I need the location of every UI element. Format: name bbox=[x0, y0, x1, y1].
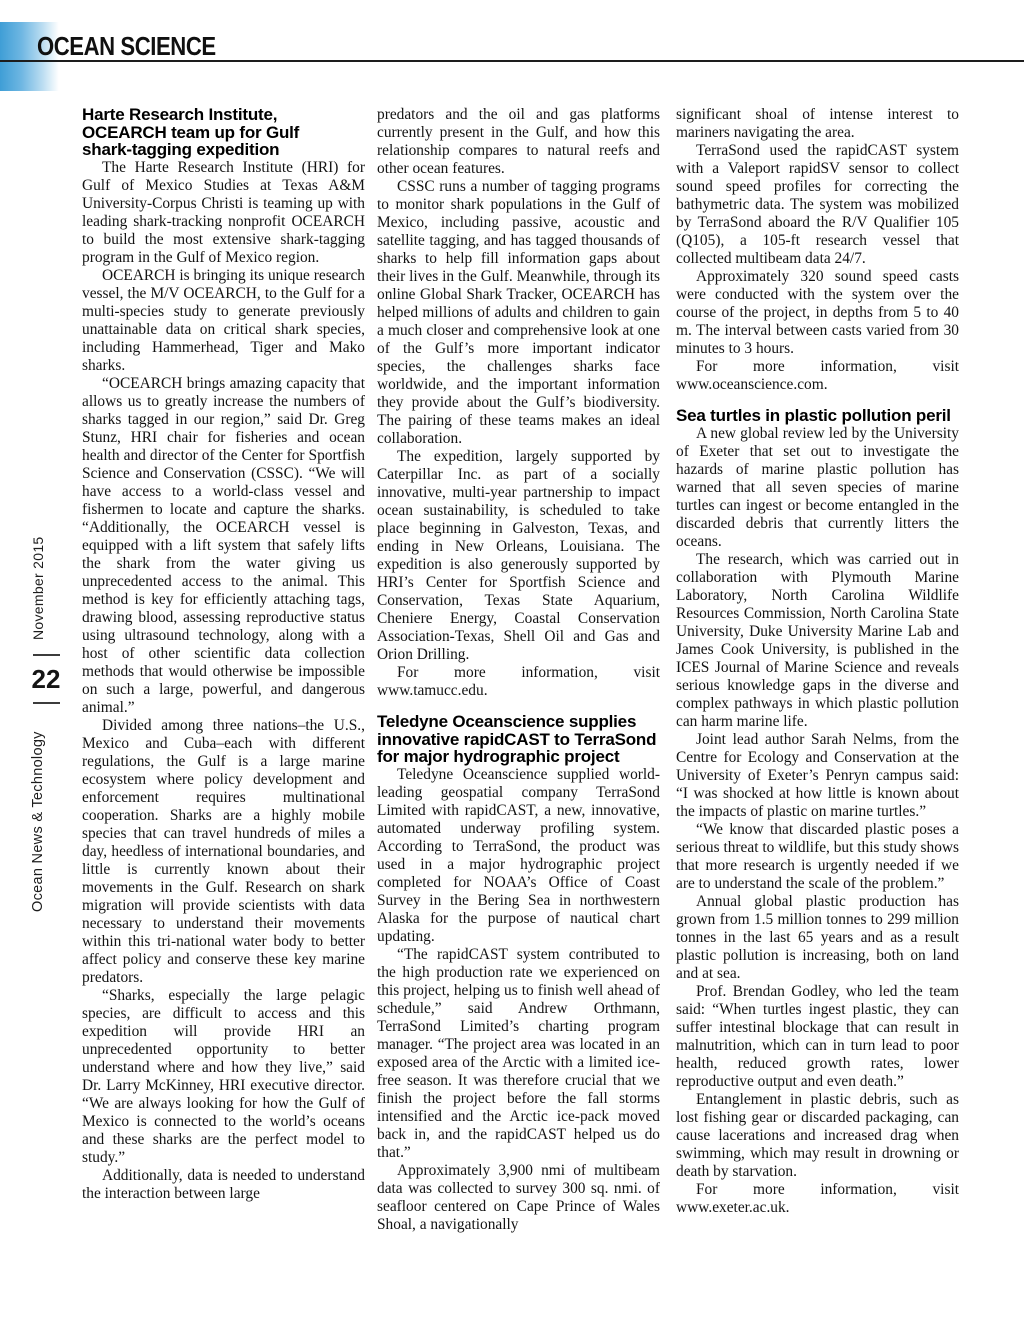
text-column-1: Harte Research Institute, OCEARCH team u… bbox=[82, 106, 365, 1286]
sidebar-divider-bottom bbox=[33, 702, 60, 704]
article-paragraph: Divided among three nations–the U.S., Me… bbox=[82, 717, 365, 987]
article-paragraph: The research, which was carried out in c… bbox=[676, 551, 959, 731]
text-column-2: predators and the oil and gas platforms … bbox=[377, 106, 660, 1286]
article-paragraph: Joint lead author Sarah Nelms, from the … bbox=[676, 731, 959, 821]
heading-line: Teledyne Oceanscience supplies bbox=[377, 713, 660, 731]
heading-line: shark-tagging expedition bbox=[82, 141, 365, 159]
heading-line: Harte Research Institute, bbox=[82, 106, 365, 124]
article-paragraph: The Harte Research Institute (HRI) for G… bbox=[82, 159, 365, 267]
heading-line: innovative rapidCAST to TerraSond bbox=[377, 731, 660, 749]
article-paragraph: Approximately 3,900 nmi of multibeam dat… bbox=[377, 1162, 660, 1234]
article-paragraph: The expedition, largely supported by Cat… bbox=[377, 448, 660, 664]
article-paragraph: “The rapidCAST system contributed to the… bbox=[377, 946, 660, 1162]
sidebar-issue-date: November 2015 bbox=[30, 529, 60, 647]
article-paragraph: predators and the oil and gas platforms … bbox=[377, 106, 660, 178]
article-paragraph: significant shoal of intense interest to… bbox=[676, 106, 959, 142]
sidebar-publication-name: Ocean News & Technology bbox=[30, 714, 60, 930]
article-paragraph: Entanglement in plastic debris, such as … bbox=[676, 1091, 959, 1181]
article-heading-teledyne-rapidcast: Teledyne Oceanscience supplies innovativ… bbox=[377, 713, 660, 766]
article-paragraph: “Sharks, especially the large pelagic sp… bbox=[82, 987, 365, 1167]
article-paragraph: OCEARCH is bringing its unique research … bbox=[82, 267, 365, 375]
article-paragraph: Approximately 320 sound speed casts were… bbox=[676, 268, 959, 358]
article-paragraph: Annual global plastic production has gro… bbox=[676, 893, 959, 983]
article-paragraph: For more information, visit www.exeter.a… bbox=[676, 1181, 959, 1217]
article-paragraph: For more information, visit www.tamucc.e… bbox=[377, 664, 660, 700]
article-paragraph: CSSC runs a number of tagging programs t… bbox=[377, 178, 660, 448]
article-paragraph: Teledyne Oceanscience supplied world-lea… bbox=[377, 766, 660, 946]
article-paragraph: A new global review led by the Universit… bbox=[676, 425, 959, 551]
article-paragraph: “We know that discarded plastic poses a … bbox=[676, 821, 959, 893]
sidebar-page-number: 22 bbox=[31, 657, 61, 701]
magazine-page: OCEAN SCIENCE November 2015 22 Ocean New… bbox=[0, 0, 1024, 1330]
heading-line: OCEARCH team up for Gulf bbox=[82, 124, 365, 142]
sidebar-divider-top bbox=[33, 654, 60, 656]
article-heading-harte-ocearch: Harte Research Institute, OCEARCH team u… bbox=[82, 106, 365, 159]
article-paragraph: “OCEARCH brings amazing capacity that al… bbox=[82, 375, 365, 717]
article-heading-sea-turtles: Sea turtles in plastic pollution peril bbox=[676, 407, 959, 425]
section-title: OCEAN SCIENCE bbox=[37, 31, 216, 62]
article-paragraph: Prof. Brendan Godley, who led the team s… bbox=[676, 983, 959, 1091]
article-paragraph: TerraSond used the rapidCAST system with… bbox=[676, 142, 959, 268]
text-column-3: significant shoal of intense interest to… bbox=[676, 106, 959, 1286]
header-rule bbox=[0, 60, 1024, 62]
heading-line: for major hydrographic project bbox=[377, 748, 660, 766]
article-paragraph: Additionally, data is needed to understa… bbox=[82, 1167, 365, 1203]
heading-line: Sea turtles in plastic pollution peril bbox=[676, 407, 959, 425]
article-paragraph: For more information, visit www.oceansci… bbox=[676, 358, 959, 394]
